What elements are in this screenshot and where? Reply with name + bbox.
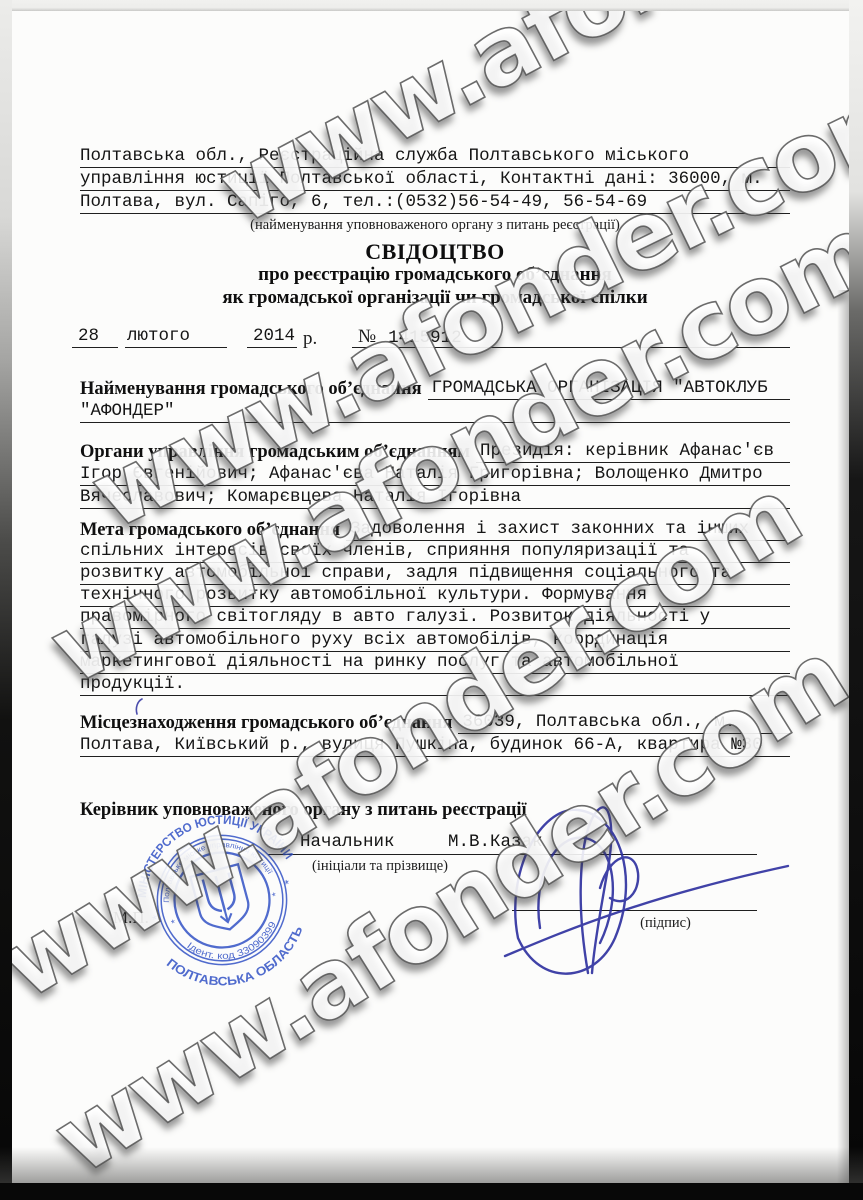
purpose-label: Мета громадського об’єднання [80,520,340,541]
date-year: 2014 [247,326,297,348]
authority-line: управління юстиції Полтавської області, … [80,168,790,191]
purpose-row: спільних інтересів своїх членів, сприянн… [80,541,790,563]
document-title: СВІДОЦТВО [80,239,790,265]
handwritten-signature [480,788,800,988]
purpose-value-5: правомірного світогляду в авто галузі. Р… [80,607,710,628]
name-value-1: ГРОМАДСЬКА ОРГАНІЗАЦІЯ "АВТОКЛУБ [432,378,768,399]
governance-row-3: Вячеславович; Комарєвцева Наталія Ігорів… [80,486,790,509]
governance-section: Органи управління громадським об’єднання… [80,440,790,509]
name-value-2: "АФОНДЕР" [80,401,175,422]
number-sign: № [358,326,376,347]
authority-line-3: Полтава, вул. Сапіго, 6, тел.:(0532)56-5… [80,192,647,213]
governance-label: Органи управління громадським об’єднання… [80,442,470,463]
document-subtitle-1: про реєстрацію громадського об’єднання [80,264,790,286]
document-subtitle-2: як громадської організації чи громадсько… [80,287,790,309]
governance-row-1: Органи управління громадським об’єднання… [80,440,790,463]
purpose-value-4: технічного розвитку автомобільної культу… [80,585,647,606]
authority-caption: (найменування уповноваженого органу з пи… [80,217,790,234]
purpose-value-3: розвитку автомобільної справи, задля під… [80,563,731,584]
registration-number: 1415912 [388,328,462,348]
scanned-certificate-page: Полтавська обл., Реєстраційна служба Пол… [0,0,863,1200]
purpose-row: технічного розвитку автомобільної культу… [80,585,790,607]
name-row-1: Найменування громадського об’єднання ГРО… [80,378,790,400]
purpose-value-2: спільних інтересів своїх членів, сприянн… [80,541,689,562]
authority-line-2: управління юстиції Полтавської області, … [80,169,763,190]
scan-edge-right [849,0,863,1200]
governance-value-3: Вячеславович; Комарєвцева Наталія Ігорів… [80,487,521,508]
purpose-row: продукції. [80,674,790,696]
location-row-1: Місцезнаходження громадського об’єднання… [80,710,790,734]
stamp-star-left-outer: * [151,912,159,927]
purpose-row: галузі автомобільного руху всіх автомобі… [80,629,790,651]
governance-value-2: Ігор Євгенійович; Афанас'єва Наталія Гри… [80,464,763,485]
location-value-1: 36039, Полтавська обл., м. [462,712,735,733]
location-value-2: Полтава, Київський р., вулиця Пушкіна, б… [80,735,763,756]
scan-edge-right-shadow [837,290,851,1200]
stamp-star-right-inner: * [271,891,278,903]
trident-shield-icon [190,864,253,936]
date-month: лютого [125,326,227,348]
governance-row-2: Ігор Євгенійович; Афанас'єва Наталія Гри… [80,463,790,486]
purpose-row: розвитку автомобільної справи, задля під… [80,563,790,585]
purpose-value-7: маркетингової діяльності на ринку послуг… [80,652,679,673]
scan-edge-left [0,0,12,1200]
name-section: Найменування громадського об’єднання ГРО… [80,378,790,423]
purpose-row-1: Мета громадського об’єднання Задоволення… [80,519,790,541]
location-section: Місцезнаходження громадського об’єднання… [80,710,790,757]
date-number-row: 28 лютого 2014 р. № 1415912 [80,326,790,348]
ministry-justice-stamp-icon: МІНІСТЕРСТВО ЮСТИЦІЇ УКРАЇНИ ПОЛТАВСЬКА … [127,805,317,995]
authority-line: Полтава, вул. Сапіго, 6, тел.:(0532)56-5… [80,191,790,214]
authority-line-1: Полтавська обл., Реєстраційна служба Пол… [80,146,689,167]
governance-value-1: Президія: керівник Афанас'єв [480,441,774,462]
date-day: 28 [72,326,118,348]
certificate-content: Полтавська обл., Реєстраційна служба Пол… [80,0,790,1200]
location-row-2: Полтава, Київський р., вулиця Пушкіна, б… [80,734,790,758]
authority-block: Полтавська обл., Реєстраційна служба Пол… [80,145,790,214]
purpose-section: Мета громадського об’єднання Задоволення… [80,519,790,696]
stamp-star-left-inner: * [170,918,177,930]
purpose-row: правомірного світогляду в авто галузі. Р… [80,607,790,629]
purpose-value-6: галузі автомобільного руху всіх автомобі… [80,630,668,651]
registration-number-line: № 1415912 [352,326,790,348]
stamp-star-right-outer: * [283,877,291,892]
name-label: Найменування громадського об’єднання [80,379,422,400]
purpose-value-8: продукції. [80,674,185,695]
purpose-row: маркетингової діяльності на ринку послуг… [80,652,790,674]
date-year-suffix: р. [303,328,317,350]
purpose-value-1: Задоволення і захист законних та інших [350,519,749,540]
authority-line: Полтавська обл., Реєстраційна служба Пол… [80,145,790,168]
pen-mark [133,698,147,716]
name-row-2: "АФОНДЕР" [80,400,790,423]
